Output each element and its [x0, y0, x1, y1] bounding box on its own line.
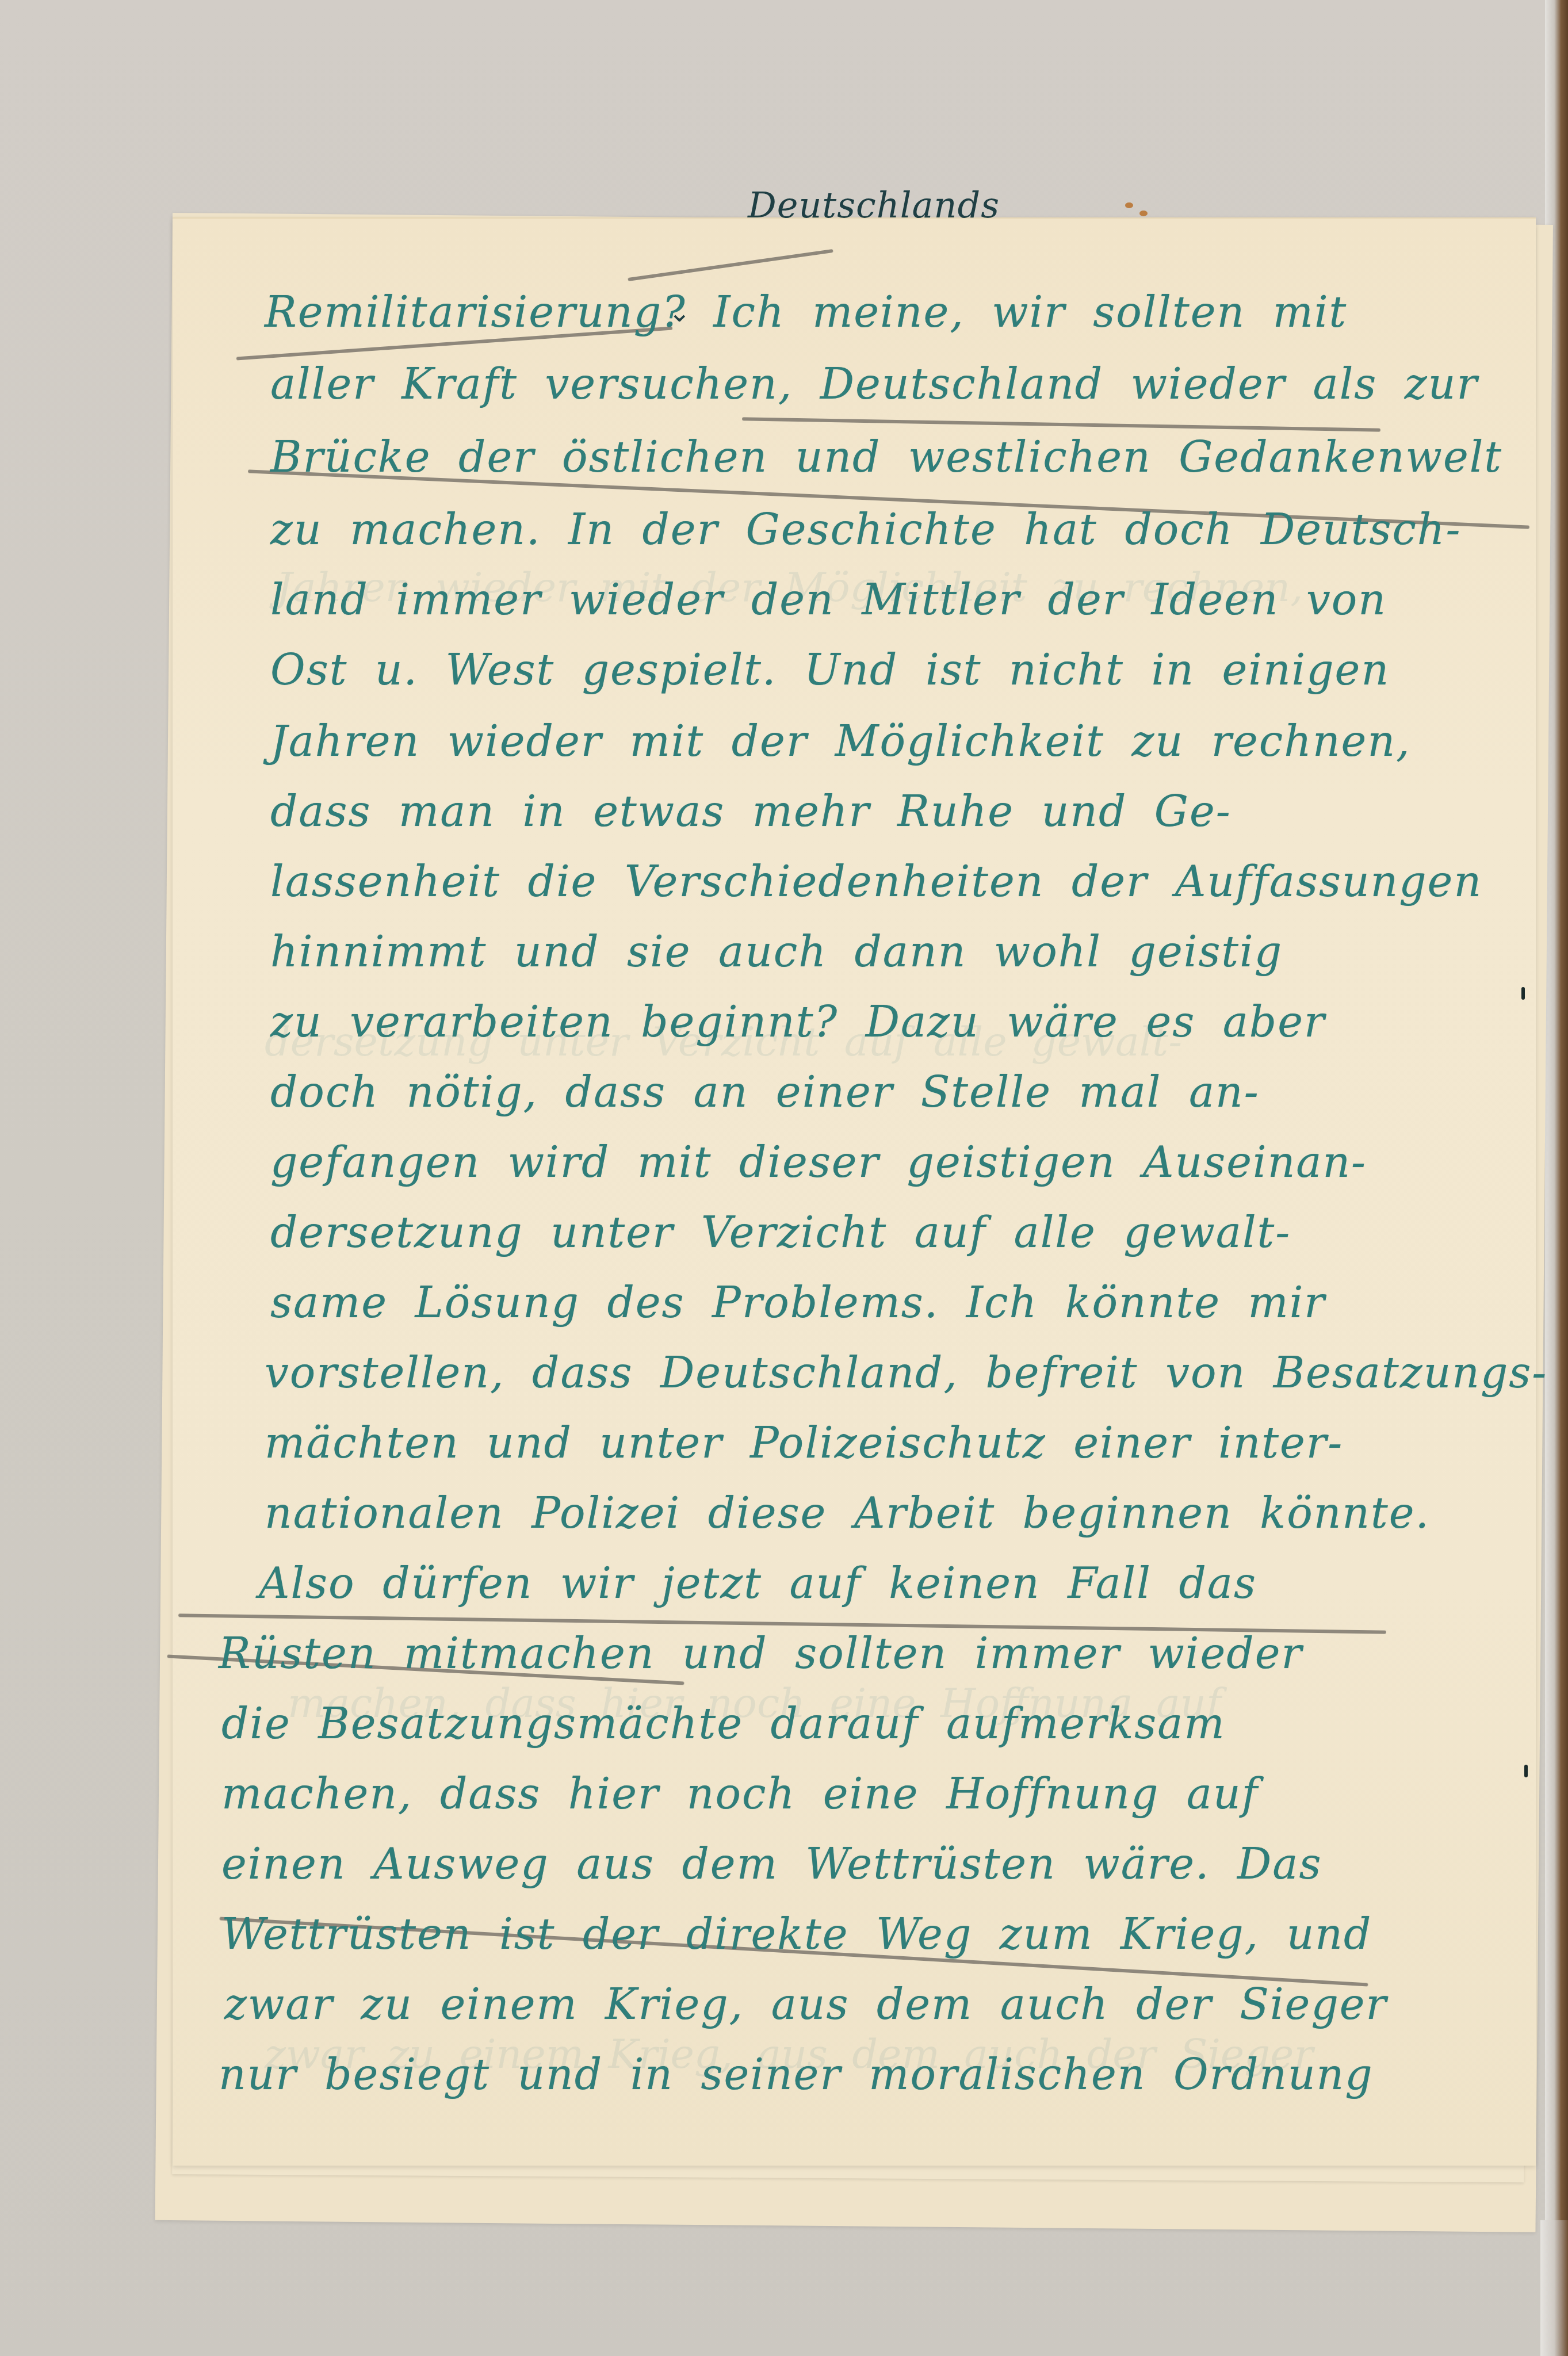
manuscript-line-20: Rüsten mitmachen und sollten immer wiede… — [219, 1629, 1303, 1678]
rust-stain — [1125, 202, 1133, 208]
manuscript-line-19: Also dürfen wir jetzt auf keinen Fall da… — [259, 1559, 1257, 1608]
manuscript-line-13: gefangen wird mit dieser geistigen Ausei… — [270, 1138, 1367, 1187]
margin-ink-mark — [1524, 1765, 1528, 1777]
manuscript-line-18: nationalen Polizei diese Arbeit beginnen… — [265, 1489, 1430, 1538]
manuscript-line-5: land immer wieder den Mittler der Ideen … — [270, 575, 1387, 625]
pencil-underline — [628, 249, 833, 281]
manuscript-line-23: einen Ausweg aus dem Wettrüsten wäre. Da… — [221, 1839, 1322, 1889]
manuscript-page: Jahren wieder mit der Möglichkeit zu rec… — [173, 217, 1536, 2166]
manuscript-line-15: same Lösung des Problems. Ich könnte mir — [270, 1278, 1326, 1328]
manuscript-line-2: aller Kraft versuchen, Deutschland wiede… — [270, 359, 1478, 409]
manuscript-line-3: Brücke der östlichen und westlichen Geda… — [270, 433, 1502, 482]
manuscript-line-17: mächten und unter Polizeischutz einer in… — [265, 1418, 1343, 1468]
frame-edge-lower — [1540, 2220, 1568, 2356]
manuscript-line-22: machen, dass hier noch eine Hoffnung auf — [221, 1769, 1259, 1819]
manuscript-line-4: zu machen. In der Geschichte hat doch De… — [270, 505, 1462, 554]
manuscript-line-16: vorstellen, dass Deutschland, befreit vo… — [265, 1348, 1547, 1398]
manuscript-line-1: Remilitarisierung? Ich meine, wir sollte… — [265, 288, 1347, 337]
rust-stain — [1139, 211, 1148, 216]
margin-ink-mark — [1521, 987, 1525, 1000]
manuscript-line-25: zwar zu einem Krieg, aus dem auch der Si… — [224, 1980, 1387, 2029]
interlinear-insertion: Deutschlands — [748, 184, 1000, 226]
manuscript-line-7: Jahren wieder mit der Möglichkeit zu rec… — [270, 717, 1411, 766]
manuscript-line-26: nur besiegt und in seiner moralischen Or… — [219, 2050, 1374, 2099]
manuscript-line-24: Wettrüsten ist der direkte Weg zum Krieg… — [221, 1910, 1372, 1959]
manuscript-line-6: Ost u. West gespielt. Und ist nicht in e… — [270, 645, 1390, 695]
manuscript-line-8: dass man in etwas mehr Ruhe und Ge- — [270, 787, 1232, 836]
manuscript-line-14: dersetzung unter Verzicht auf alle gewal… — [270, 1208, 1291, 1257]
manuscript-line-11: zu verarbeiten beginnt? Dazu wäre es abe… — [270, 997, 1325, 1047]
manuscript-line-21: die Besatzungsmächte darauf aufmerksam — [221, 1699, 1226, 1749]
manuscript-line-9: lassenheit die Verschiedenheiten der Auf… — [270, 857, 1482, 907]
pencil-underline — [742, 417, 1380, 431]
manuscript-line-10: hinnimmt und sie auch dann wohl geistig — [270, 927, 1283, 977]
manuscript-line-12: doch nötig, dass an einer Stelle mal an- — [270, 1068, 1260, 1117]
